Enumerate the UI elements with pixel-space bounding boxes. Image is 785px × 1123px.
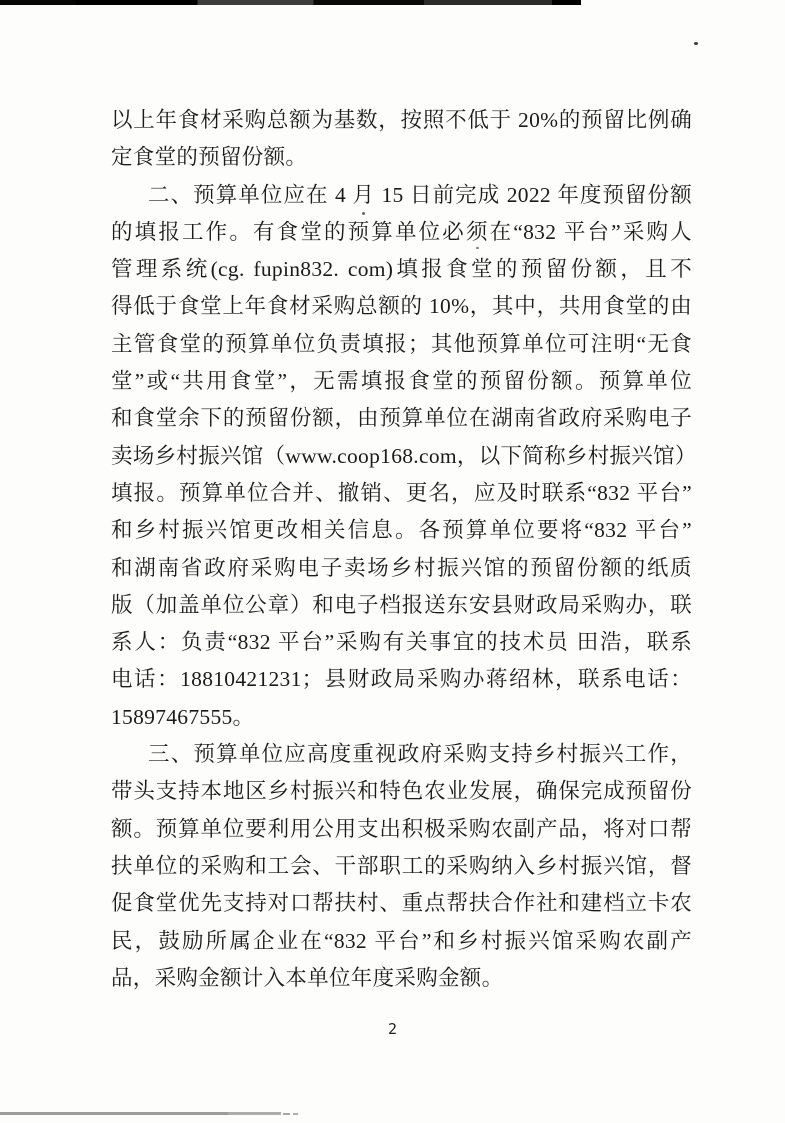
text-line-24: 品，采购金额计入本单位年度采购金额。 — [111, 960, 692, 997]
scan-artifact-dash — [293, 1113, 298, 1115]
text-line-2: 定食堂的预留份额。 — [111, 139, 692, 176]
text-line-20: 额。预算单位要利用公用支出积极采购农副产品，将对口帮 — [111, 811, 692, 848]
text-line-7: 主管食堂的预算单位负责填报；其他预算单位可注明“无食 — [111, 326, 692, 363]
text-line-8: 堂”或“共用食堂”，无需填报食堂的预留份额。预算单位 — [111, 363, 692, 400]
text-line-9: 和食堂余下的预留份额，由预算单位在湖南省政府采购电子 — [111, 400, 692, 437]
document-body: 以上年食材采购总额为基数，按照不低于 20%的预留比例确 定食堂的预留份额。 二… — [111, 102, 692, 997]
text-line-14: 版（加盖单位公章）和电子档报送东安县财政局采购办，联 — [111, 587, 692, 624]
text-line-3: 二、预算单位应在 4 月 15 日前完成 2022 年度预留份额 — [111, 177, 692, 214]
scan-artifact-top-bar — [0, 0, 581, 5]
document-page: 以上年食材采购总额为基数，按照不低于 20%的预留比例确 定食堂的预留份额。 二… — [0, 0, 785, 1123]
text-line-23: 民，鼓励所属企业在“832 平台”和乡村振兴馆采购农副产 — [111, 923, 692, 960]
text-line-4: 的填报工作。有食堂的预算单位必须在“832 平台”采购人 — [111, 214, 692, 251]
scan-artifact-dash — [283, 1113, 290, 1115]
text-line-11: 填报。预算单位合并、撤销、更名，应及时联系“832 平台” — [111, 475, 692, 512]
text-line-18: 三、预算单位应高度重视政府采购支持乡村振兴工作， — [111, 736, 692, 773]
scan-artifact-bottom-line — [228, 1112, 281, 1115]
text-line-16: 电话：18810421231；县财政局采购办蒋绍林，联系电话： — [111, 661, 692, 698]
text-line-12: 和乡村振兴馆更改相关信息。各预算单位要将“832 平台” — [111, 512, 692, 549]
scan-speck — [694, 42, 698, 45]
text-line-15: 系人：负责“832 平台”采购有关事宜的技术员 田浩，联系 — [111, 624, 692, 661]
text-line-21: 扶单位的采购和工会、干部职工的采购纳入乡村振兴馆，督 — [111, 848, 692, 885]
scan-artifact-bottom-line — [0, 1112, 228, 1115]
text-line-5: 管理系统(cg. fupin832. com)填报食堂的预留份额，且不 — [111, 251, 692, 288]
text-line-13: 和湖南省政府采购电子卖场乡村振兴馆的预留份额的纸质 — [111, 550, 692, 587]
text-line-19: 带头支持本地区乡村振兴和特色农业发展，确保完成预留份 — [111, 773, 692, 810]
text-line-10: 卖场乡村振兴馆（www.coop168.com，以下简称乡村振兴馆） — [111, 438, 692, 475]
page-number: 2 — [0, 1020, 785, 1038]
text-line-1: 以上年食材采购总额为基数，按照不低于 20%的预留比例确 — [111, 102, 692, 139]
text-line-6: 得低于食堂上年食材采购总额的 10%，其中，共用食堂的由 — [111, 288, 692, 325]
text-line-17: 15897467555。 — [111, 699, 692, 736]
text-line-22: 促食堂优先支持对口帮扶村、重点帮扶合作社和建档立卡农 — [111, 885, 692, 922]
